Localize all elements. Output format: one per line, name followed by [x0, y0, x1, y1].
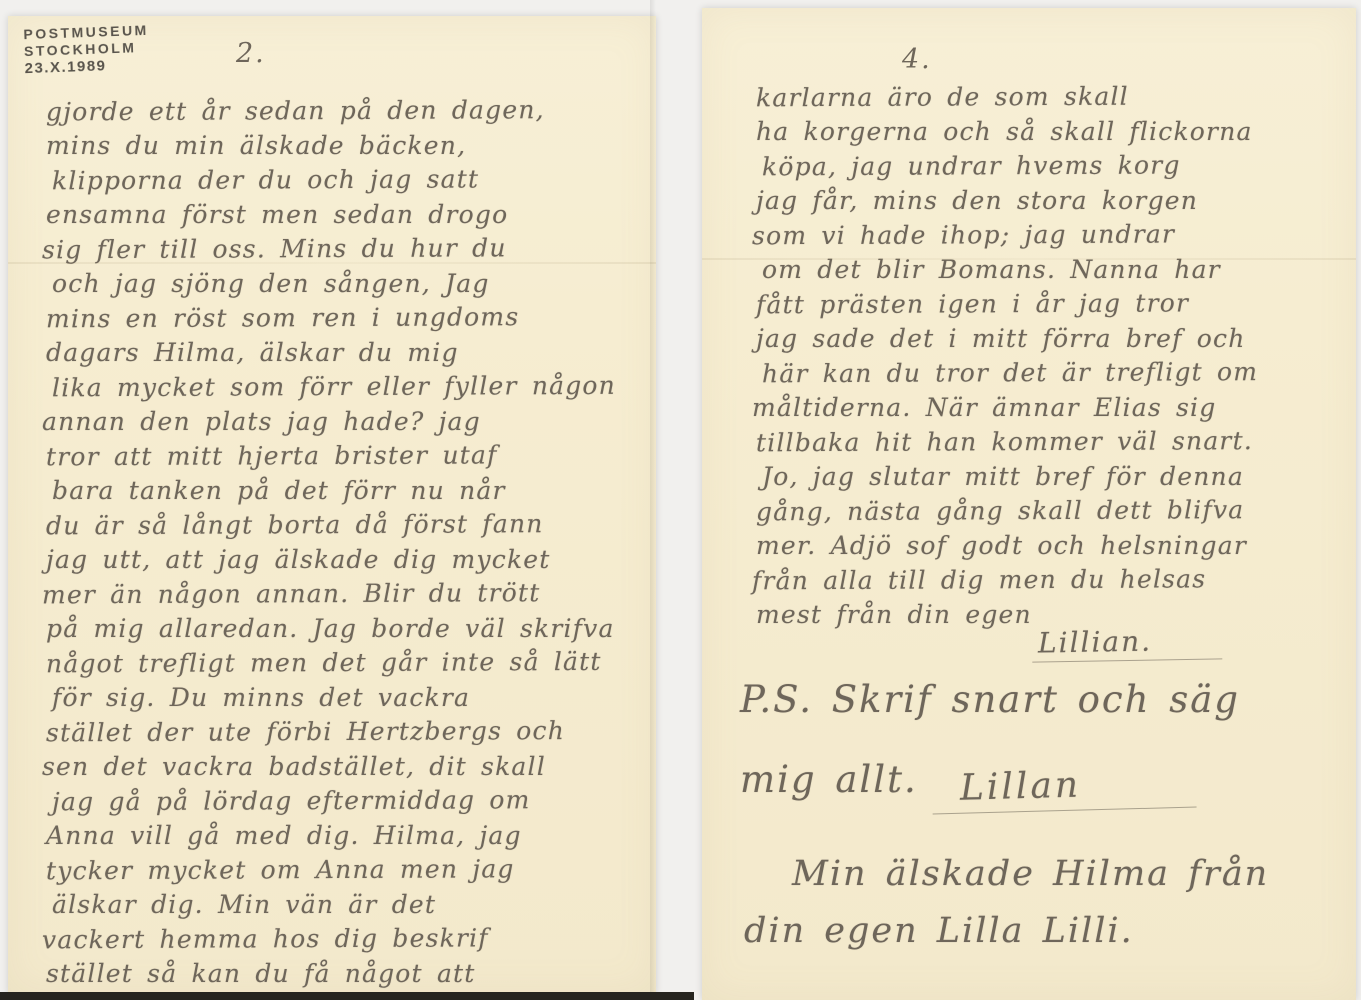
signature-lillan: Lillan	[931, 762, 1196, 815]
signature-lillian: Lillian.	[1032, 623, 1223, 662]
handwritten-line: från alla till dig men du helsas	[752, 562, 1350, 599]
page-number-right: 4.	[902, 44, 932, 75]
handwritten-line: på mig allaredan. Jag borde väl skrifva	[46, 612, 646, 647]
scan-edge	[0, 992, 694, 1000]
letter-page-4: 4. karlarna äro de som skallha korgerna …	[702, 8, 1356, 1000]
stamp-line: 23.X.1989	[24, 56, 150, 77]
handwritten-line: ensamna först men sedan drogo	[46, 198, 646, 233]
handwritten-line: något trefligt men det går inte så lätt	[46, 645, 646, 682]
handwritten-line: för sig. Du minns det vackra	[52, 681, 646, 716]
handwritten-line: Jo, jag slutar mitt bref för denna	[762, 460, 1350, 495]
page-gap-shadow	[650, 0, 656, 1000]
postmuseum-stamp: POSTMUSEUMSTOCKHOLM23.X.1989	[23, 22, 150, 77]
handwritten-line: fått prästen igen i år jag tror	[756, 286, 1350, 323]
handwritten-line: tillbaka hit han kommer väl snart.	[756, 424, 1350, 461]
letter-page-2: POSTMUSEUMSTOCKHOLM23.X.1989 2. gjorde e…	[8, 16, 656, 994]
handwritten-line: gjorde ett år sedan på den dagen,	[46, 93, 646, 130]
handwritten-line: du är så långt borta då först fann	[46, 507, 646, 544]
handwritten-line: karlarna äro de som skall	[756, 79, 1350, 116]
handwritten-line: stället der ute förbi Hertzbergs och	[46, 714, 646, 751]
handwritten-line: mer än någon annan. Blir du trött	[42, 576, 646, 613]
handwritten-line: och jag sjöng den sången, Jag	[52, 267, 646, 302]
handwritten-line: annan den plats jag hade? jag	[42, 405, 646, 440]
handwritten-line: som vi hade ihop; jag undrar	[752, 217, 1350, 254]
fold-crease	[702, 258, 1356, 260]
page-number-left: 2.	[236, 38, 266, 69]
handwritten-line: gång, nästa gång skall dett blifva	[756, 493, 1350, 530]
handwritten-line: sen det vackra badstället, dit skall	[42, 750, 646, 785]
handwriting-block-left: gjorde ett år sedan på den dagen,mins du…	[46, 94, 646, 991]
handwritten-line: mer. Adjö sof godt och helsningar	[756, 529, 1350, 564]
handwritten-line: mins du min älskade bäcken,	[46, 129, 646, 164]
closing-line: din egen Lilla Lilli.	[744, 903, 1269, 960]
handwritten-line: mins en röst som ren i ungdoms	[46, 300, 646, 337]
fold-crease	[8, 262, 656, 264]
postscript-line: P.S. Skrif snart och säg	[740, 660, 1240, 740]
handwritten-line: stället så kan du få något att	[46, 957, 646, 992]
handwritten-line: vackert hemma hos dig beskrif	[42, 921, 646, 958]
handwritten-line: lika mycket som förr eller fyller någon	[52, 369, 646, 406]
handwritten-line: klipporna der du och jag satt	[52, 162, 646, 199]
handwritten-line: jag utt, att jag älskade dig mycket	[46, 543, 646, 578]
handwritten-line: tror att mitt hjerta brister utaf	[46, 438, 646, 475]
handwritten-line: bara tanken på det förr nu når	[52, 474, 646, 509]
handwritten-line: Anna vill gå med dig. Hilma, jag	[46, 819, 646, 854]
handwritten-line: älskar dig. Min vän är det	[52, 888, 646, 923]
handwritten-line: ha korgerna och så skall flickorna	[756, 115, 1350, 150]
handwritten-line: jag gå på lördag eftermiddag om	[52, 783, 646, 820]
handwritten-line: här kan du tror det är trefligt om	[762, 355, 1350, 392]
handwriting-block-right: karlarna äro de som skallha korgerna och…	[756, 80, 1350, 632]
handwritten-line: tycker mycket om Anna men jag	[46, 852, 646, 889]
handwritten-line: måltiderna. När ämnar Elias sig	[752, 391, 1350, 426]
closing-block: Min älskade Hilma fråndin egen Lilla Lil…	[744, 846, 1269, 960]
handwritten-line: jag får, mins den stora korgen	[756, 184, 1350, 219]
handwritten-line: köpa, jag undrar hvems korg	[762, 148, 1350, 185]
handwritten-line: jag sade det i mitt förra bref och	[756, 322, 1350, 357]
handwritten-line: dagars Hilma, älskar du mig	[46, 336, 646, 371]
closing-line: Min älskade Hilma från	[792, 846, 1269, 903]
